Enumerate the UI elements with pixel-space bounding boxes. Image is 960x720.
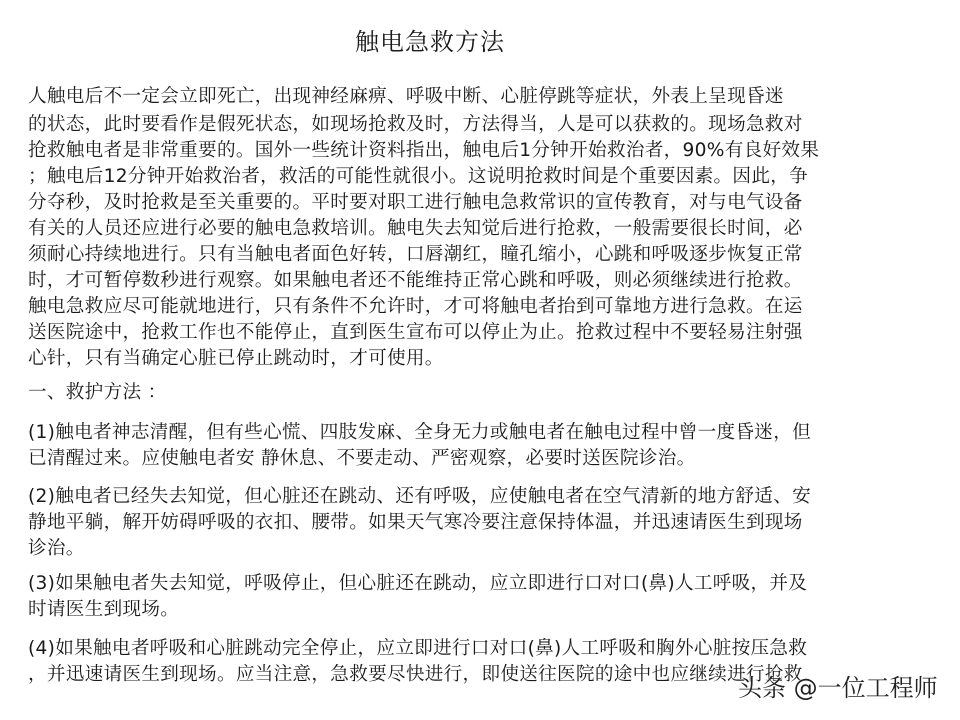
text-line: 的状态，此时要看作是假死状态，如现场抢救及时，方法得当，人是可以获救的。现场急救… — [28, 112, 803, 138]
text-line: (1)触电者神志清醒，但有些心慌、四肢发麻、全身无力或触电者在触电过程中曾一度昏… — [28, 420, 811, 446]
text-line: (3)如果触电者失去知觉，呼吸停止，但心脏还在跳动，应立即进行口对口(鼻)人工呼… — [28, 571, 807, 597]
text-line: 人触电后不一定会立即死亡，出现神经麻痹、呼吸中断、心脏停跳等症状，外表上呈现昏迷 — [28, 84, 784, 110]
text-line: 时请医生到现场。 — [28, 597, 179, 623]
text-line: 须耐心持续地进行。只有当触电者面色好转，口唇潮红，瞳孔缩小，心跳和呼吸逐步恢复正… — [28, 242, 803, 268]
watermark: 头条 @一位工程师 — [738, 668, 938, 703]
text-line: 分夺秒，及时抢救是至关重要的。平时要对职工进行触电急救常识的宣传教育，对与电气设… — [28, 190, 803, 216]
text-line: ；触电后12分钟开始救治者，救活的可能性就很小。这说明抢救时间是个重要因素。因此… — [28, 164, 808, 190]
text-line: 时，才可暂停数秒进行观察。如果触电者还不能维持正常心跳和呼吸，则必须继续进行抢救… — [28, 268, 803, 294]
page-title: 触电急救方法 — [0, 22, 860, 57]
text-line: ，并迅速请医生到现场。应当注意，急救要尽快进行，即使送往医院的途中也应继续进行抢… — [28, 662, 803, 688]
text-line: 已清醒过来。应使触电者安 静休息、不要走动、严密观察，必要时送医院诊治。 — [28, 446, 696, 472]
text-line: 送医院途中，抢救工作也不能停止，直到医生宣布可以停止为止。抢救过程中不要轻易注射… — [28, 320, 803, 346]
text-line: (4)如果触电者呼吸和心脏跳动完全停止，应立即进行口对口(鼻)人工呼吸和胸外心脏… — [28, 636, 807, 662]
text-line: 诊治。 — [28, 536, 85, 562]
text-line: (2)触电者已经失去知觉，但心脏还在跳动、还有呼吸，应使触电者在空气清新的地方舒… — [28, 484, 811, 510]
text-line: 静地平躺，解开妨碍呼吸的衣扣、腰带。如果天气寒冷要注意保持体温，并迅速请医生到现… — [28, 510, 803, 536]
text-line: 有关的人员还应进行必要的触电急救培训。触电失去知觉后进行抢救，一般需要很长时间，… — [28, 216, 803, 242]
text-line: 触电急救应尽可能就地进行，只有条件不允许时，才可将触电者抬到可靠地方进行急救。在… — [28, 294, 803, 320]
section-heading: 一、救护方法 ： — [28, 380, 166, 406]
text-line: 抢救触电者是非常重要的。国外一些统计资料指出，触电后1分钟开始救治者，90%有良… — [28, 138, 819, 164]
text-line: 心针，只有当确定心脏已停止跳动时，才可使用。 — [28, 346, 444, 372]
